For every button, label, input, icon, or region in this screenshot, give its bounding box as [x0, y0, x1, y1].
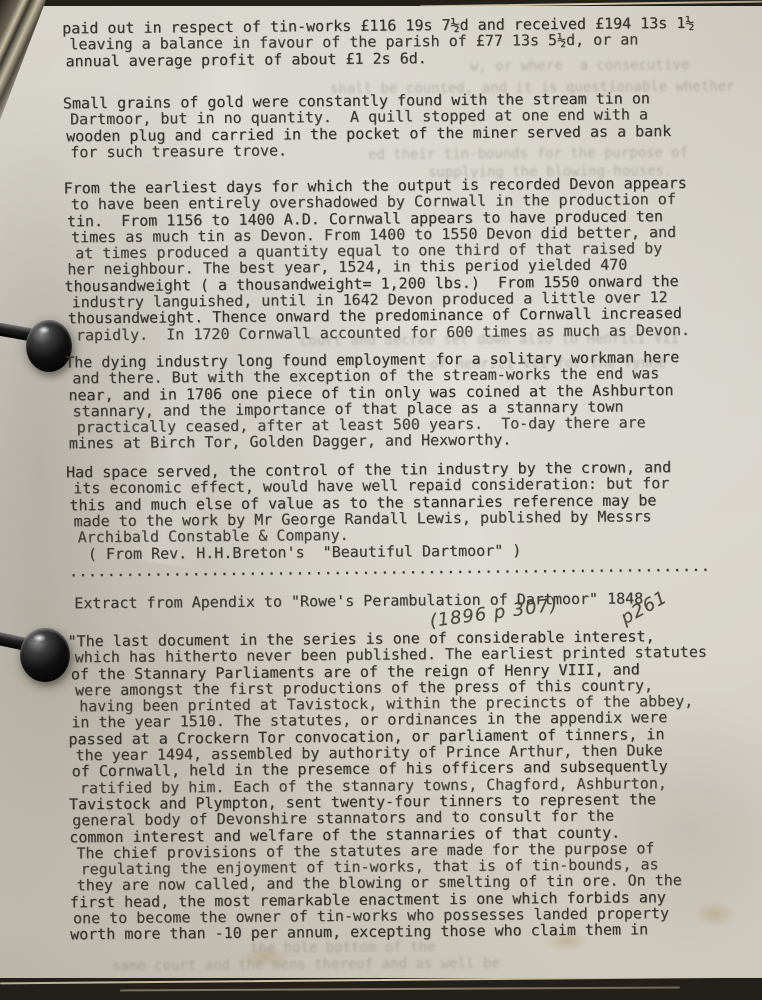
paragraph-tin-works-accounts: paid out in respect of tin-works £116 19… — [62, 15, 695, 69]
paragraph-devon-cornwall-output: From the earliest days for which the out… — [64, 175, 690, 343]
paragraph-had-space-served: Had space served, the control of the tin… — [66, 459, 672, 546]
text-line: mines at Birch Tor, Golden Dagger, and H… — [69, 431, 680, 453]
paragraph-gold-grains: Small grains of gold were constantly fou… — [63, 90, 672, 160]
paragraph-dying-industry: The dying industry long found employment… — [65, 349, 680, 452]
photographed-document: w, or where a consecutive shall be count… — [0, 0, 762, 1000]
dotted-separator: ........................................… — [69, 558, 710, 580]
typed-text-block: paid out in respect of tin-works £116 19… — [62, 0, 760, 974]
text-line: for such treasure trove. — [70, 139, 671, 161]
text-line: rapidly. In 1720 Cornwall accounted for … — [76, 322, 690, 344]
paragraph-rowe-extract-quote: "The last document in the series is one … — [68, 628, 710, 943]
binder-post-glint — [33, 634, 46, 642]
binder-post-glint — [38, 326, 50, 334]
